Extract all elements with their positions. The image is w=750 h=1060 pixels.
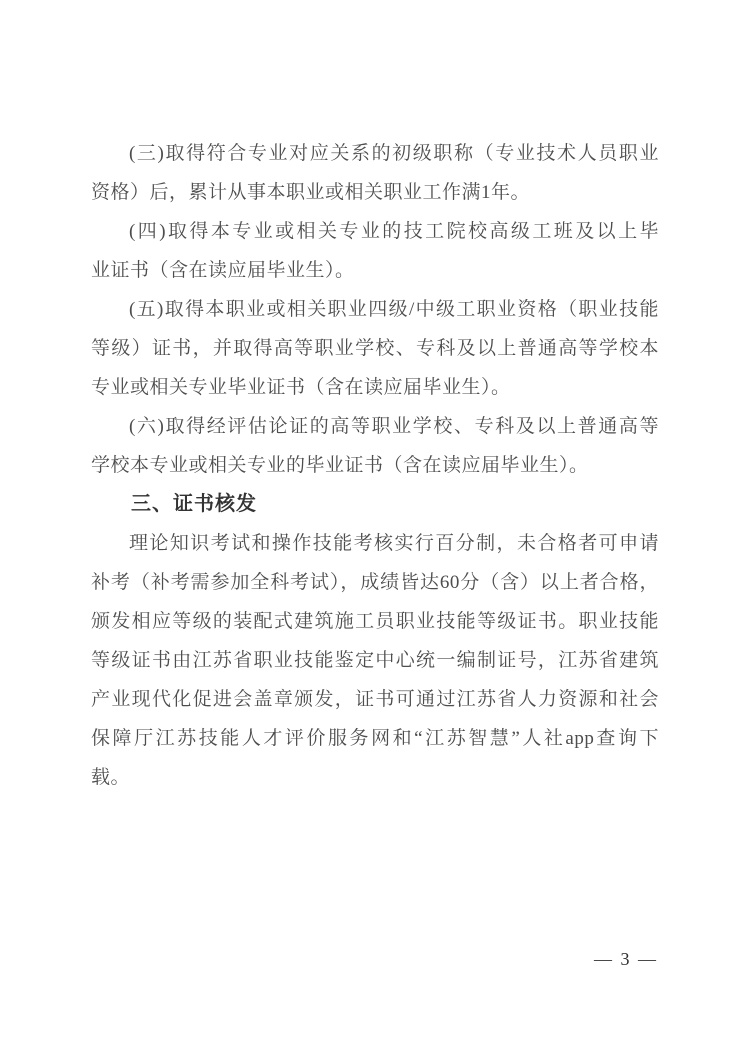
body-line: 专业或相关专业毕业证书（含在读应届毕业生）。 (91, 368, 659, 407)
document-page: (三)取得符合专业对应关系的初级职称（专业技术人员职业 资格）后，累计从事本职业… (0, 0, 750, 1060)
body-line: 产业现代化促进会盖章颁发，证书可通过江苏省人力资源和社会 (91, 680, 659, 719)
body-line: 等级）证书，并取得高等职业学校、专科及以上普通高等学校本 (91, 329, 659, 368)
body-line: 颁发相应等级的装配式建筑施工员职业技能等级证书。职业技能 (91, 602, 659, 641)
body-line: (六)取得经评估论证的高等职业学校、专科及以上普通高等 (91, 407, 659, 446)
page-number: — 3 — (594, 944, 658, 974)
section-heading: 三、证书核发 (91, 485, 659, 524)
body-line: (三)取得符合专业对应关系的初级职称（专业技术人员职业 (91, 134, 659, 173)
document-body: (三)取得符合专业对应关系的初级职称（专业技术人员职业 资格）后，累计从事本职业… (91, 134, 659, 797)
body-line: 载。 (91, 758, 659, 797)
body-line: 业证书（含在读应届毕业生）。 (91, 251, 659, 290)
body-line: 等级证书由江苏省职业技能鉴定中心统一编制证号，江苏省建筑 (91, 641, 659, 680)
body-line: 补考（补考需参加全科考试），成绩皆达60分（含）以上者合格， (91, 563, 659, 602)
body-line: 学校本专业或相关专业的毕业证书（含在读应届毕业生）。 (91, 446, 659, 485)
body-line: 理论知识考试和操作技能考核实行百分制，未合格者可申请 (91, 524, 659, 563)
body-line: 保障厅江苏技能人才评价服务网和“江苏智慧”人社app查询下 (91, 719, 659, 758)
body-line: (四)取得本专业或相关专业的技工院校高级工班及以上毕 (91, 212, 659, 251)
body-line: 资格）后，累计从事本职业或相关职业工作满1年。 (91, 173, 659, 212)
body-line: (五)取得本职业或相关职业四级/中级工职业资格（职业技能 (91, 290, 659, 329)
